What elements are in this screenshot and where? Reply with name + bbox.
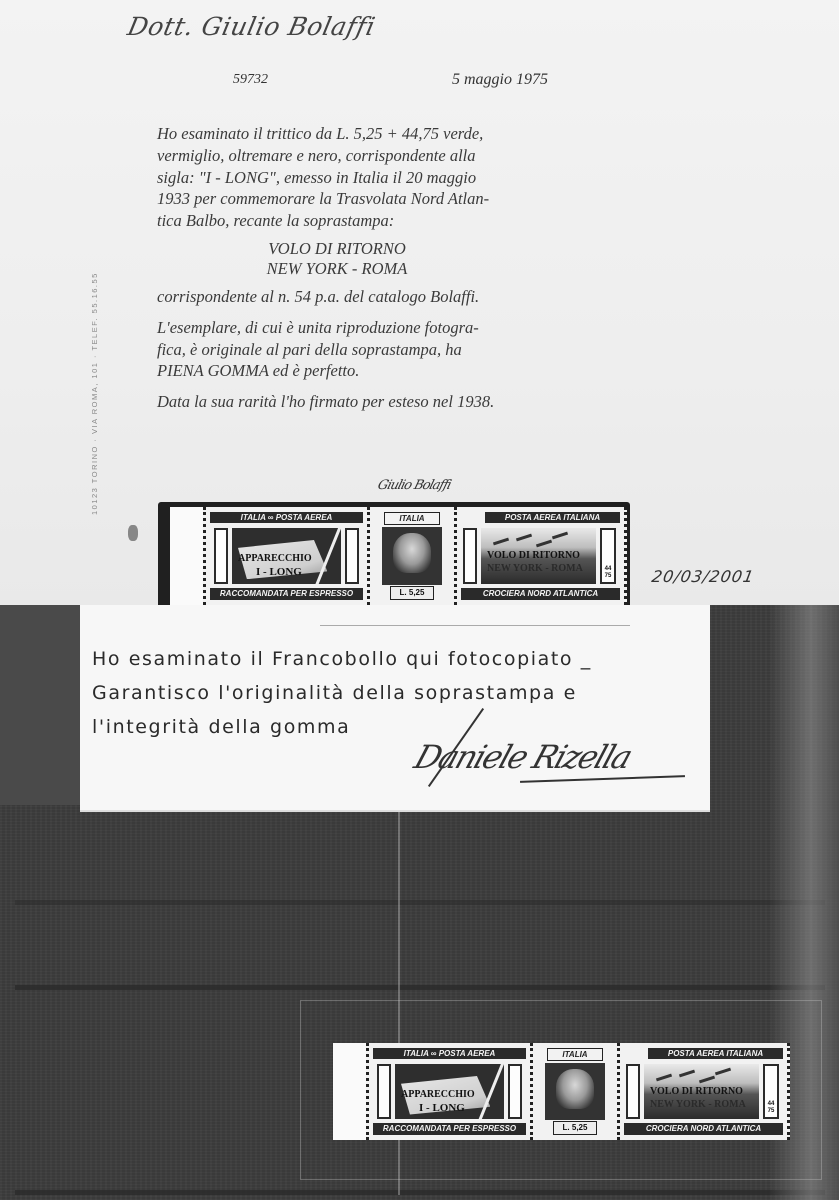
body-line: 1933 per commemorare la Trasvolata Nord … [157,188,702,210]
airplanes-vignette: VOLO DI RITORNONEW YORK - ROMA [481,528,596,584]
certificate-date: 5 maggio 1975 [452,71,548,89]
body-line: PIENA GOMMA ed è perfetto. [157,360,702,382]
certificate-body: Ho esaminato il trittico da L. 5,25 + 44… [157,123,702,413]
stamp-side-panel: 44 75 [763,1064,779,1119]
overprint-block: VOLO DI RITORNO NEW YORK - ROMA [157,239,517,279]
flag-vignette: APPARECCHIOI - LONG [232,528,341,584]
overprint-text: VOLO DI RITORNO [650,1086,743,1097]
catalog-reference: corrispondente al n. 54 p.a. del catalog… [157,286,702,308]
stamp-side-panel [345,528,359,584]
sheet-selvage [333,1043,366,1140]
airplane-icon [492,538,508,546]
portrait-vignette [545,1063,605,1120]
stamp-value: 44 75 [602,566,614,580]
body-line: fica, è originale al pari della soprasta… [157,339,702,361]
airplane-icon [515,534,531,542]
stamp-left: ITALIA ∞ POSTA AEREAAPPARECCHIOI - LONGR… [203,507,370,605]
stamp-side-panel [508,1064,522,1119]
body-line: vermiglio, oltremare e nero, corrisponde… [157,145,702,167]
king-portrait [393,533,431,574]
stamp-side-panel [214,528,228,584]
overprint-text: NEW YORK - ROMA [650,1099,746,1110]
overprint-line: NEW YORK - ROMA [157,259,517,279]
airplane-icon [536,540,552,548]
note-line: Garantisco l'originalità della soprastam… [92,682,577,704]
divider [320,625,630,626]
overprint-text: NEW YORK - ROMA [487,563,583,574]
body-line: L'esemplare, di cui è unita riproduzione… [157,317,702,339]
overprint-text: I - LONG [419,1102,465,1114]
stamp-strip-original: ITALIA ∞ POSTA AEREAAPPARECCHIOI - LONGR… [333,1043,790,1140]
portrait-vignette [382,527,442,585]
stamp-side-panel [377,1064,391,1119]
airplane-icon [699,1076,715,1084]
stamp-left: ITALIA ∞ POSTA AEREAAPPARECCHIOI - LONGR… [366,1043,533,1140]
body-line: Ho esaminato il trittico da L. 5,25 + 44… [157,123,702,145]
stamp-center: ITALIAL. 5,25 [370,507,457,605]
stamp-top-label: POSTA AEREA ITALIANA [485,512,620,523]
overprint-line: VOLO DI RITORNO [157,239,517,259]
airplane-icon [655,1074,671,1082]
airplane-icon [678,1070,694,1078]
stamp-value: L. 5,25 [553,1121,597,1135]
king-portrait [556,1069,594,1109]
stamp-value: 44 75 [765,1101,777,1115]
stamp-top-label: ITALIA ∞ POSTA AEREA [373,1048,526,1059]
holder-band [15,900,825,905]
stamp-bottom-label: RACCOMANDATA PER ESPRESSO [210,588,363,600]
stamp-side-panel [626,1064,640,1119]
stamp-side-panel [463,528,477,584]
overprint-text: I - LONG [256,566,302,578]
stamp-value: L. 5,25 [390,586,434,600]
stamp-center: ITALIAL. 5,25 [533,1043,620,1140]
expert-note-card [80,605,710,812]
stamp-bottom-label: CROCIERA NORD ATLANTICA [624,1123,783,1135]
stamp-top-label: ITALIA [547,1048,603,1061]
stamp-top-label: ITALIA ∞ POSTA AEREA [210,512,363,523]
stamp-right: POSTA AEREA ITALIANA44 75VOLO DI RITORNO… [457,507,627,605]
handwritten-date: 20/03/2001 [650,567,756,586]
airplanes-vignette: VOLO DI RITORNONEW YORK - ROMA [644,1064,759,1119]
note-line: l'integrità della gomma [92,716,350,738]
airplane-icon [715,1068,731,1076]
expert-signature: Daniele Rizella [410,738,636,776]
overprint-text: APPARECCHIO [401,1089,475,1100]
holder-band [15,985,825,990]
letterhead: Dott. Giulio Bolaffi [125,12,378,41]
ink-smudge [128,525,138,541]
side-address: 10123 TORINO · VIA ROMA, 101 · TELEF. 55… [90,272,99,515]
flag-vignette: APPARECCHIOI - LONG [395,1064,504,1119]
closing-line: Data la sua rarità l'ho firmato per este… [157,391,702,413]
body-line: sigla: "I - LONG", emesso in Italia il 2… [157,167,702,189]
stamp-right: POSTA AEREA ITALIANA44 75VOLO DI RITORNO… [620,1043,790,1140]
overprint-text: VOLO DI RITORNO [487,550,580,561]
stamp-top-label: ITALIA [384,512,440,525]
dark-edge [0,605,80,805]
airplane-icon [552,532,568,540]
sheet-selvage [170,507,203,605]
note-line: Ho esaminato il Francobollo qui fotocopi… [92,648,592,670]
bolaffi-signature: Giulio Bolaffi [376,478,452,493]
holder-band [15,1190,825,1195]
stamp-top-label: POSTA AEREA ITALIANA [648,1048,783,1059]
stamp-bottom-label: CROCIERA NORD ATLANTICA [461,588,620,600]
overprint-text: APPARECCHIO [238,553,312,564]
stamp-bottom-label: RACCOMANDATA PER ESPRESSO [373,1123,526,1135]
stamp-side-panel: 44 75 [600,528,616,584]
certificate-number: 59732 [233,72,268,88]
body-line: tica Balbo, recante la soprastampa: [157,210,702,232]
stamp-strip-certificate: ITALIA ∞ POSTA AEREAAPPARECCHIOI - LONGR… [170,507,627,605]
